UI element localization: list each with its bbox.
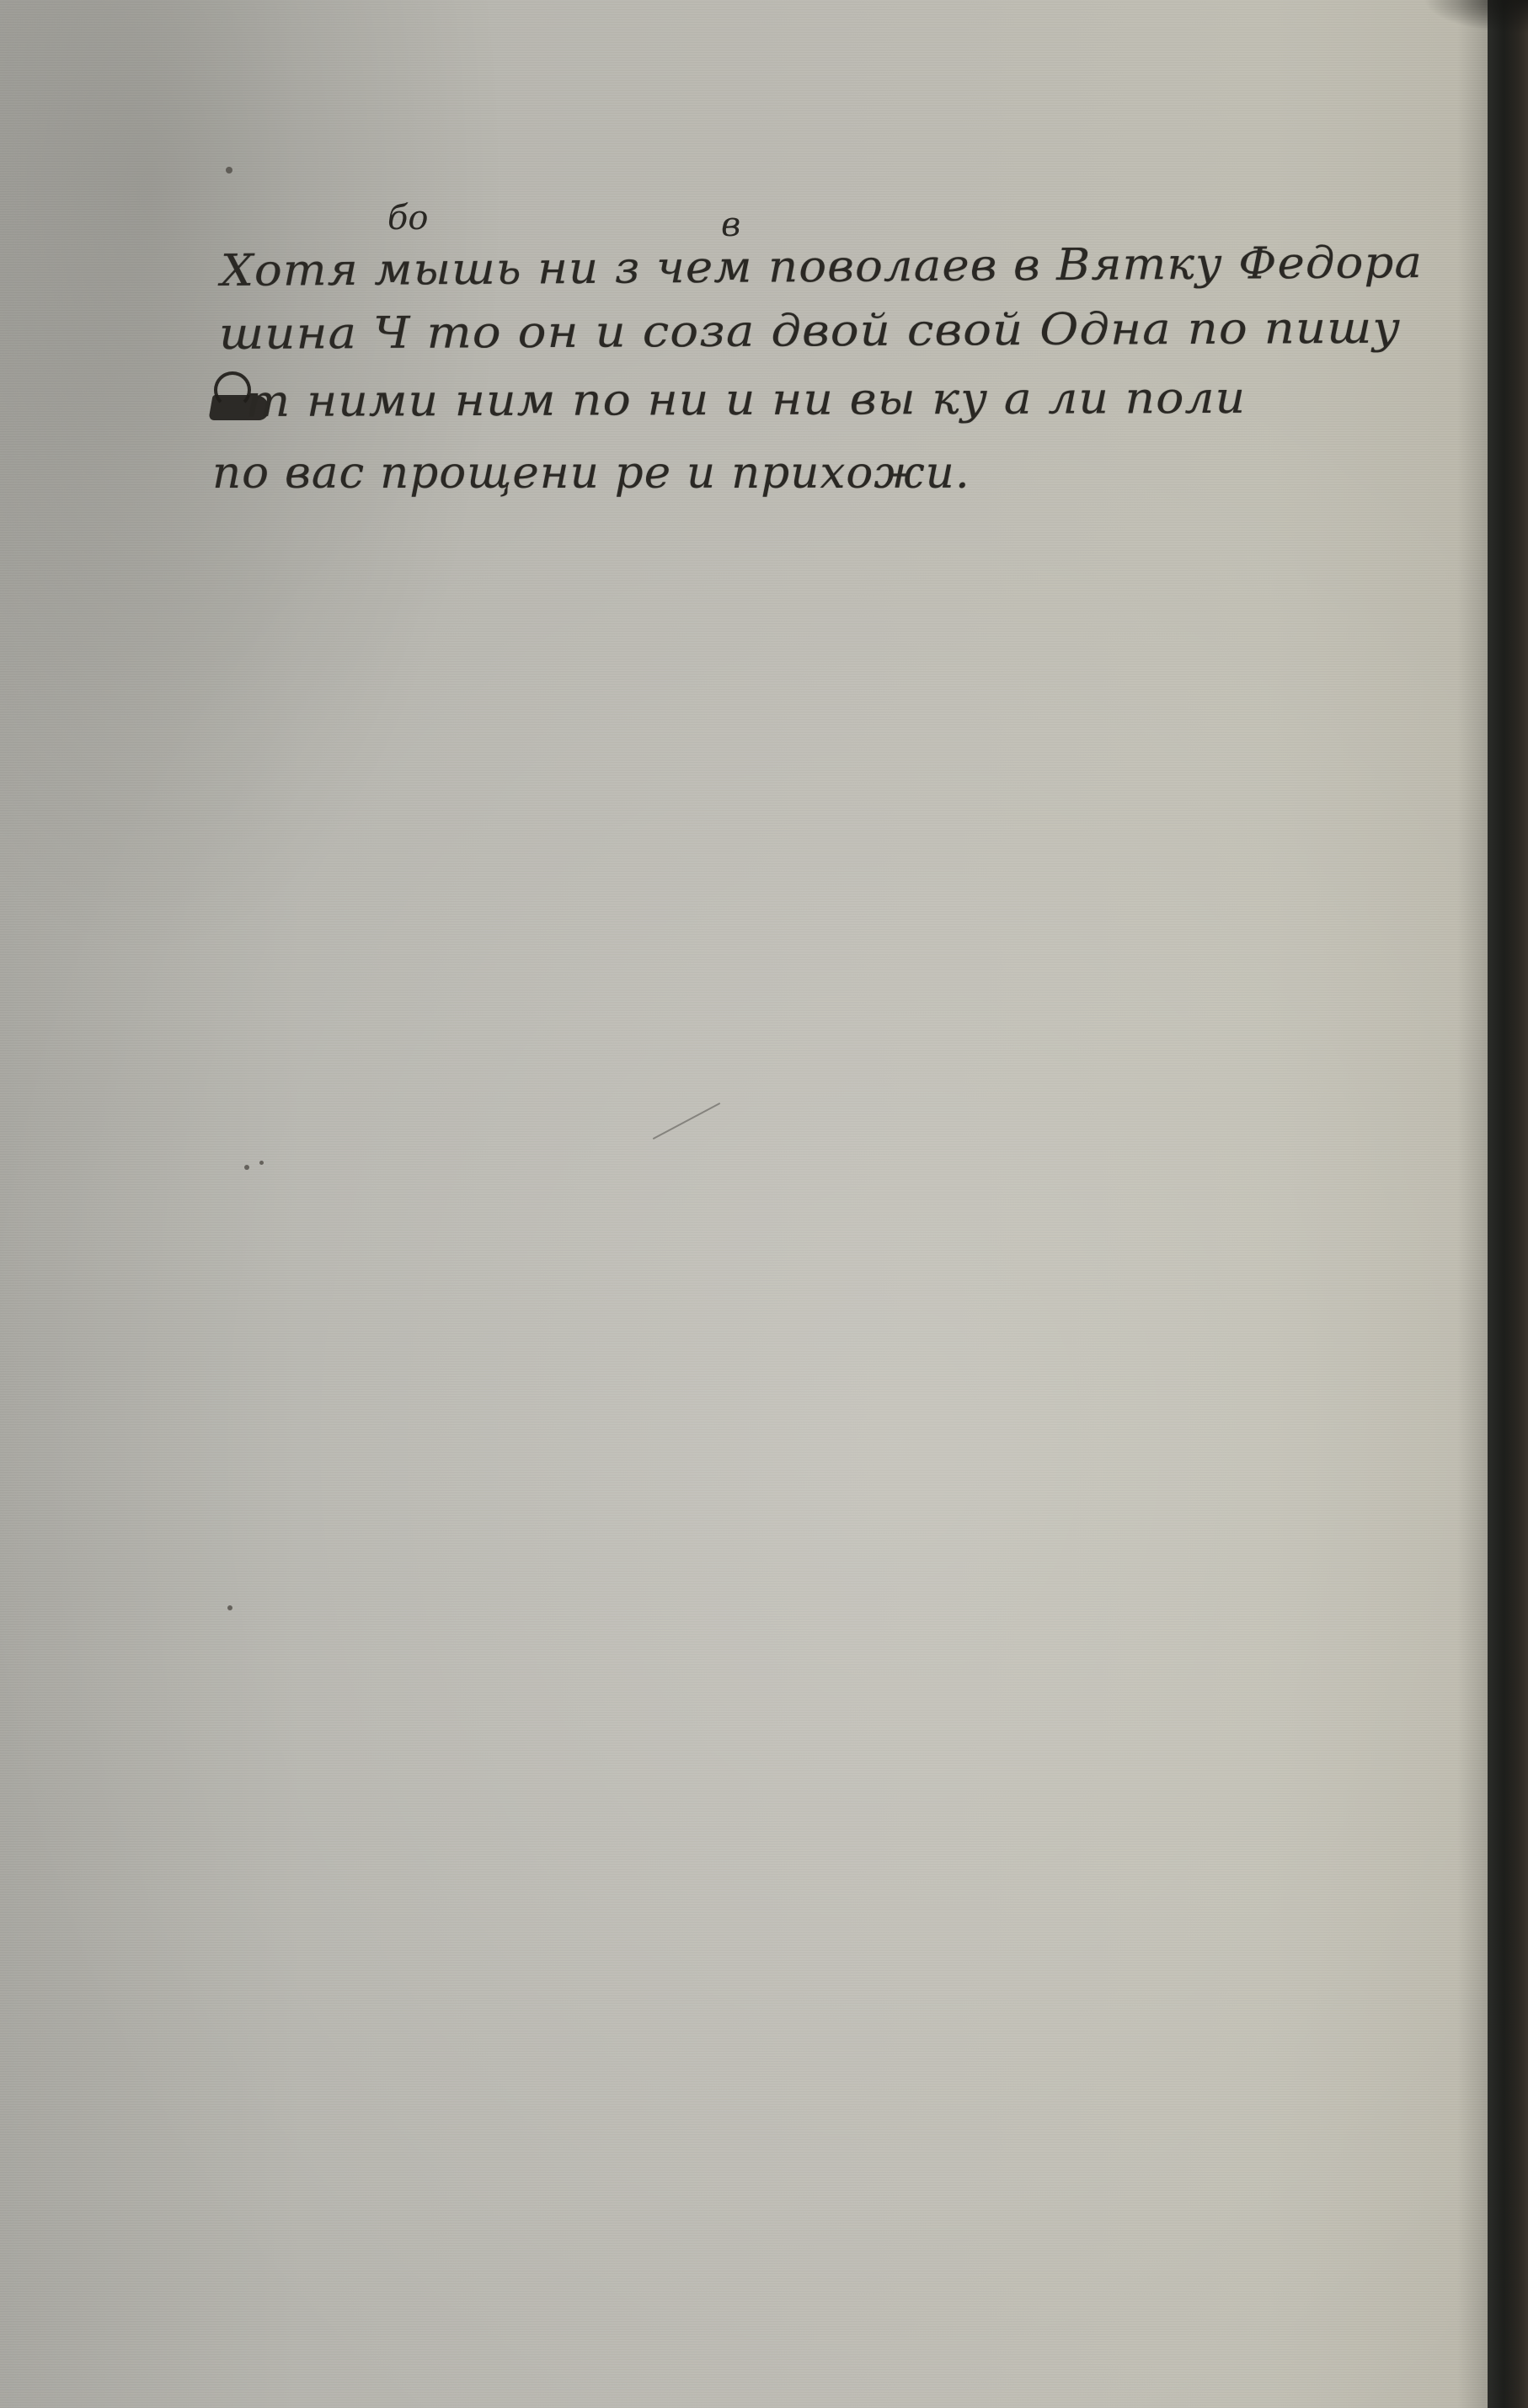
ink-speck xyxy=(244,1165,249,1170)
paper-fiber xyxy=(653,1103,720,1140)
superscript-letter: в xyxy=(721,206,740,244)
manuscript-line-4: по вас прощени ре и прихожи. xyxy=(212,451,970,495)
ink-speck xyxy=(227,1605,232,1610)
manuscript-line-1: Хотя мышь ни з чем поволаев в Вятку Федо… xyxy=(221,241,1423,293)
binding-corner-shadow xyxy=(1424,0,1528,34)
manuscript-line-3: т ними ним по ни и ни вы ку а ли поли xyxy=(246,376,1246,424)
manuscript-scan: бо в Хотя мышь ни з чем поволаев в Вятку… xyxy=(0,0,1528,2408)
manuscript-page: бо в Хотя мышь ни з чем поволаев в Вятку… xyxy=(0,0,1491,2408)
superscript-letters: бо xyxy=(387,199,429,238)
ink-speck xyxy=(259,1161,264,1165)
ink-speck xyxy=(226,167,232,174)
manuscript-line-2: шина Ч то он и соза двой свой Одна по пи… xyxy=(219,307,1401,356)
book-binding-edge xyxy=(1488,0,1528,2408)
